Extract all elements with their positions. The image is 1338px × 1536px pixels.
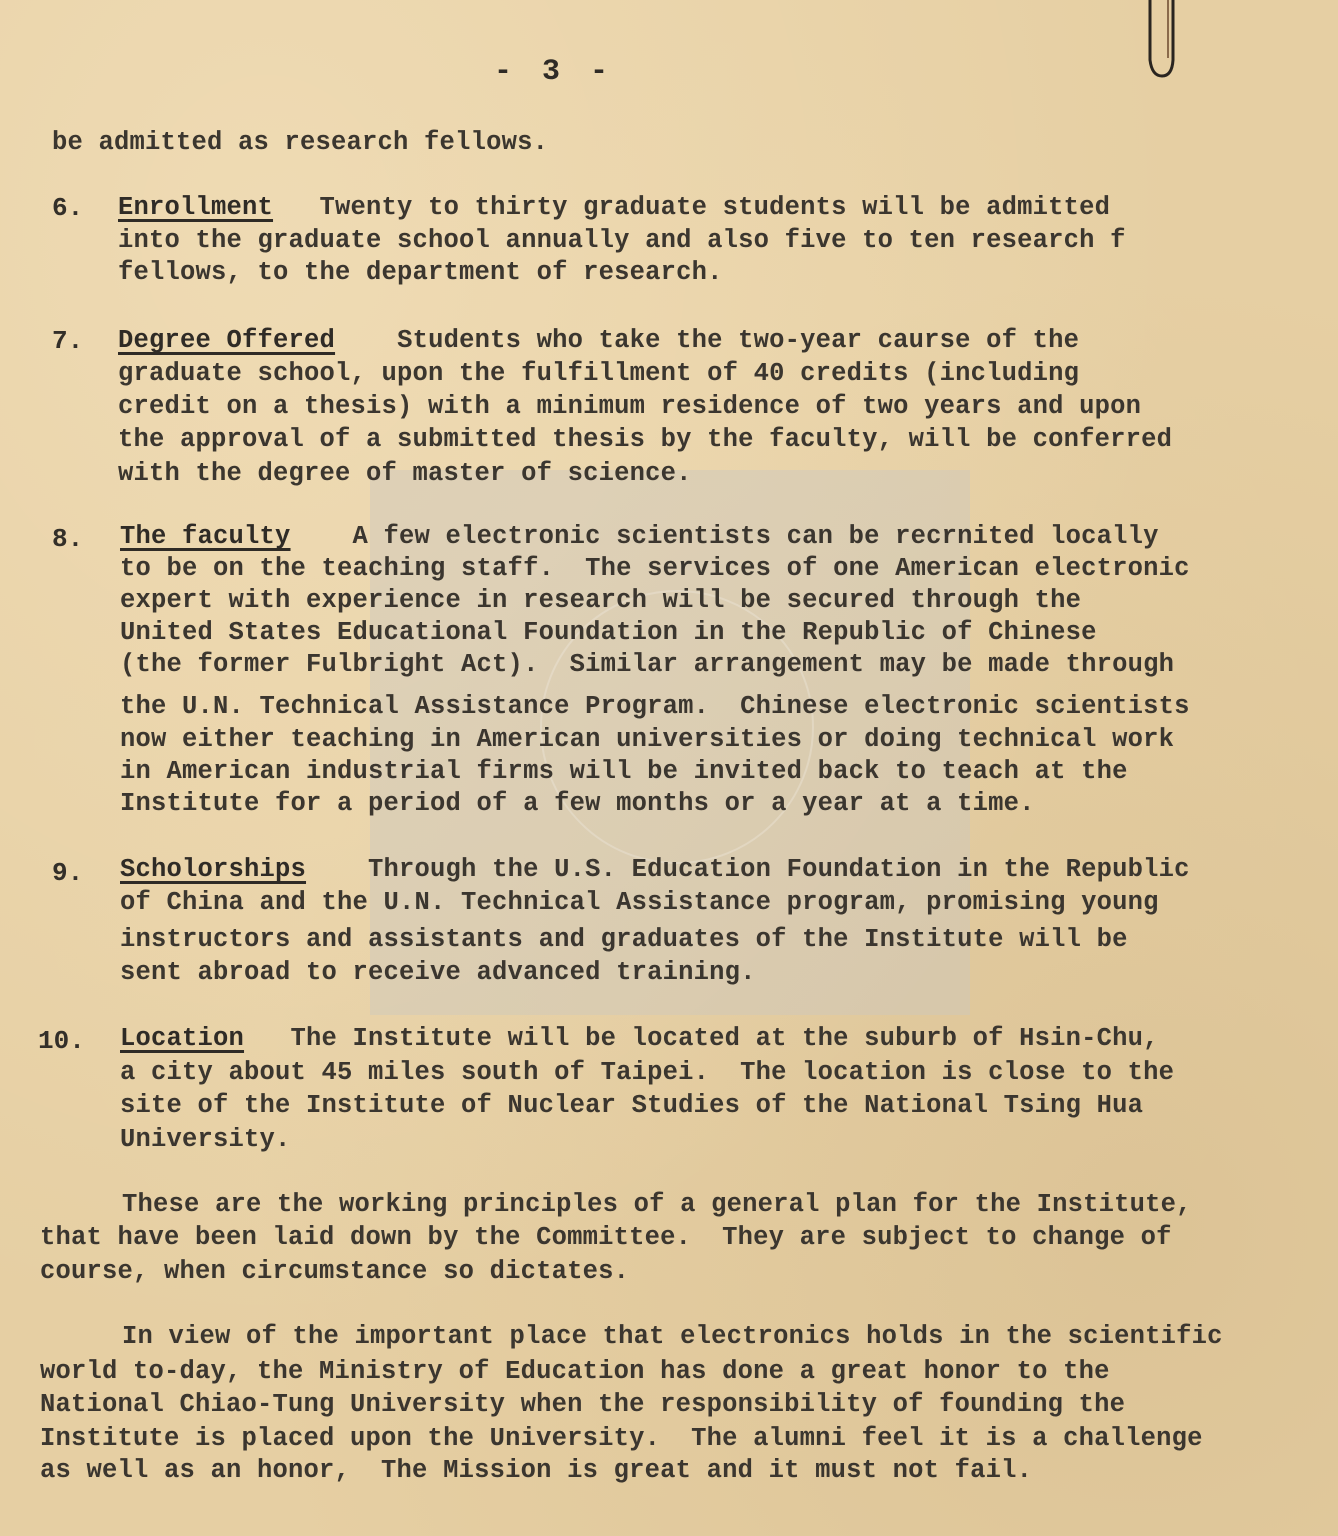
item-line: Through the U.S. Education Foundation in… [368,855,1190,884]
item-line: a city about 45 miles south of Taipei. T… [120,1058,1174,1088]
item-heading: The faculty [120,522,291,551]
item-line: United States Educational Foundation in … [120,618,1097,648]
item-line: University. [120,1125,291,1155]
item-line: fellows, to the department of research. [118,258,723,288]
item-number: 9. [52,858,83,888]
paragraph-line: These are the working principles of a ge… [122,1190,1192,1220]
item-line: credit on a thesis) with a minimum resid… [118,392,1141,422]
item-line: instructors and assistants and graduates… [120,925,1128,955]
item-first-line: The faculty A few electronic scientists … [120,522,1159,552]
item-line: Students who take the two-year caurse of… [397,326,1079,355]
item-first-line: Location The Institute will be located a… [120,1024,1159,1054]
item-heading: Degree Offered [118,326,335,355]
item-line: in American industrial firms will be inv… [120,757,1128,787]
item-line: with the degree of master of science. [118,459,692,489]
item-line: now either teaching in American universi… [120,725,1174,755]
paragraph-line: Institute is placed upon the University.… [40,1424,1203,1454]
item-line: graduate school, upon the fulfillment of… [118,359,1079,389]
item-line: to be on the teaching staff. The service… [120,554,1190,584]
item-line: A few electronic scientists can be recrn… [353,522,1159,551]
item-heading: Enrollment [118,193,273,222]
item-first-line: Degree Offered Students who take the two… [118,326,1079,356]
paragraph-line: course, when circumstance so dictates. [40,1257,629,1287]
item-line: into the graduate school annually and al… [118,226,1126,256]
item-line: site of the Institute of Nuclear Studies… [120,1091,1143,1121]
item-number: 8. [52,524,83,554]
paper-clip-icon [1140,0,1184,82]
item-heading: Location [120,1024,244,1053]
intro-line: be admitted as research fellows. [52,128,548,158]
item-number: 6. [52,193,83,223]
item-line: of China and the U.N. Technical Assistan… [120,888,1159,918]
paragraph-line: National Chiao-Tung University when the … [40,1390,1125,1420]
item-line: (the former Fulbright Act). Similar arra… [120,650,1174,680]
item-line: the approval of a submitted thesis by th… [118,425,1172,455]
item-line: sent abroad to receive advanced training… [120,958,756,988]
item-number: 10. [38,1026,85,1056]
item-first-line: Scholorships Through the U.S. Education … [120,855,1190,885]
item-heading: Scholorships [120,855,306,884]
item-first-line: Enrollment Twenty to thirty graduate stu… [118,193,1110,223]
item-line: Institute for a period of a few months o… [120,789,1035,819]
page-number: - 3 - [494,55,614,89]
item-line: The Institute will be located at the sub… [291,1024,1159,1053]
item-line: the U.N. Technical Assistance Program. C… [120,692,1190,722]
item-number: 7. [52,326,83,356]
paragraph-line: In view of the important place that elec… [122,1322,1223,1352]
paragraph-line: world to-day, the Ministry of Education … [40,1357,1110,1387]
paragraph-line: that have been laid down by the Committe… [40,1223,1172,1253]
item-line: Twenty to thirty graduate students will … [320,193,1111,222]
paragraph-line: as well as an honor, The Mission is grea… [40,1456,1032,1486]
item-line: expert with experience in research will … [120,586,1081,616]
